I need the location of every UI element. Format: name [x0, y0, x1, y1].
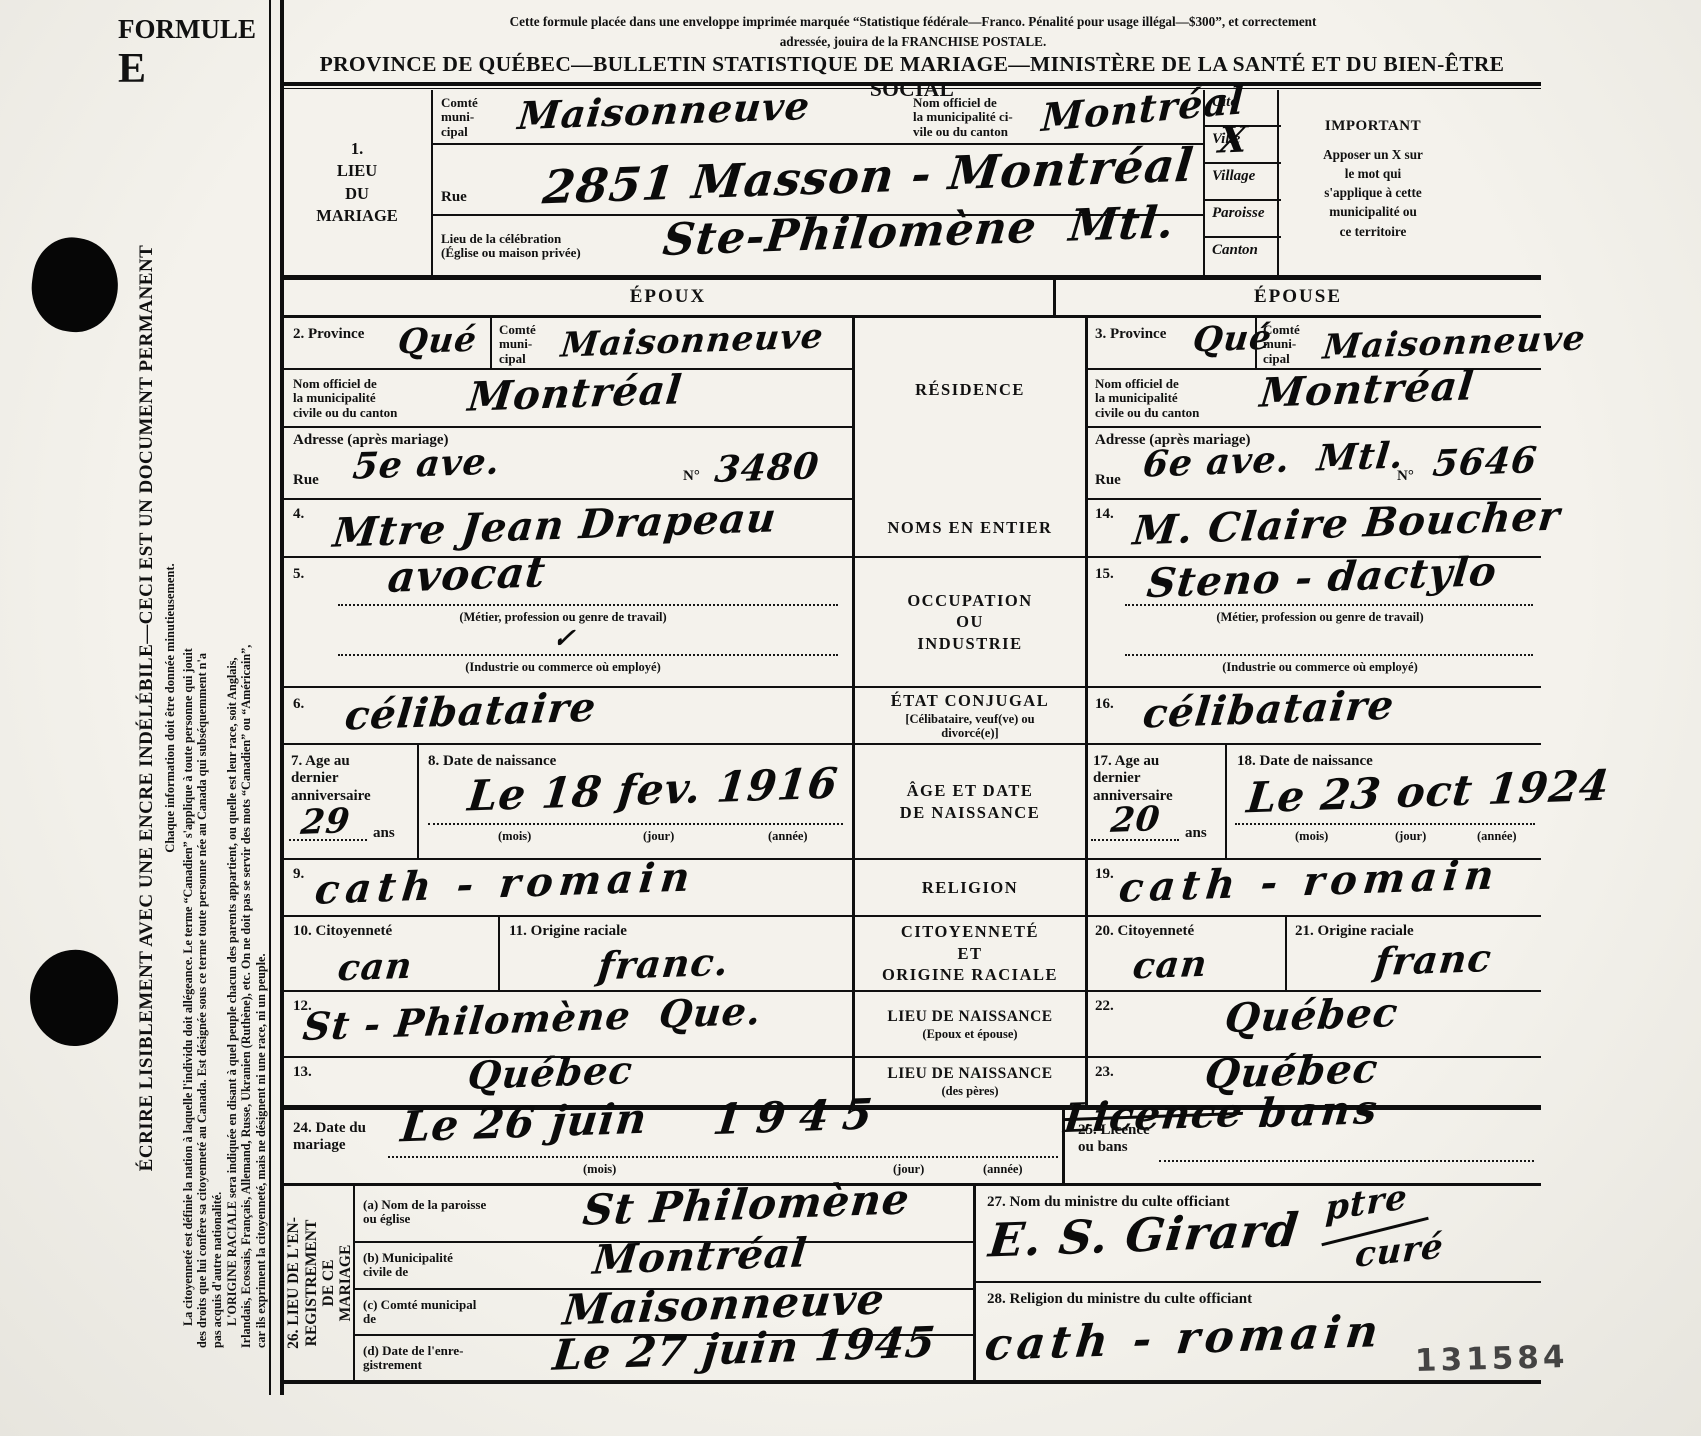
epoux-industrie-checkmark-handwritten: ✓	[552, 626, 578, 653]
epoux-rue-label: Rue	[293, 472, 319, 489]
form-body: Cette formule placée dans une enveloppe …	[283, 0, 1541, 1436]
epouse-province-value-handwritten: Qué	[1191, 321, 1274, 358]
epoux-lieu-peres-value-handwritten: Québec	[466, 1051, 635, 1095]
middle-label-age-date: ÂGE ET DATE DE NAISSANCE	[855, 745, 1085, 860]
middle-lieu-peres-title: LIEU DE NAISSANCE	[887, 1064, 1052, 1084]
form-bottom-rule	[283, 1380, 1541, 1384]
epouse-annee-caption: (année)	[1477, 829, 1517, 844]
important-body: Apposer un X sur le mot qui s'applique à…	[1283, 145, 1463, 241]
epouse-naissance-dotted-line	[1235, 823, 1535, 825]
section-enregistrement: 26. LIEU DE L'EN- REGISTREMENT DE CE MAR…	[283, 1186, 1541, 1380]
epouse-age-date-divider	[1225, 745, 1227, 860]
epouse-rue-label: Rue	[1095, 472, 1121, 489]
epoux-lieu-peres-number: 13.	[293, 1064, 312, 1081]
epouse-no-label: N°	[1397, 468, 1414, 485]
date-mariage-value-handwritten: Le 26 juin	[399, 1098, 649, 1149]
hole-punch-top	[26, 232, 124, 337]
middle-lieu-peres-subtitle: (des pères)	[941, 1084, 998, 1098]
enregistrement-row-d: (d) Date de l'enre- gistrement Le 27 jui…	[353, 1336, 973, 1380]
mariage-mois-caption: (mois)	[583, 1162, 616, 1177]
epoux-industrie-caption: (Industrie ou commerce où employé)	[383, 660, 743, 675]
epouse-no-value-handwritten: 5646	[1431, 442, 1539, 482]
row-religion: 9. cath - romain RELIGION 19. cath - rom…	[283, 860, 1541, 917]
postal-franchise-note: Cette formule placée dans une enveloppe …	[313, 12, 1513, 52]
epouse-nom-officiel-label: Nom officiel de la municipalité civile o…	[1095, 377, 1199, 420]
epoux-citoyennete-cell: 10. Citoyenneté can 11. Origine raciale …	[283, 917, 852, 992]
epoux-occupation-value-handwritten: avocat	[386, 551, 548, 599]
epoux-naissance-value-handwritten: Le 18 fev. 1916	[466, 762, 840, 817]
margin-instructions: ÉCRIRE LISIBLEMENT AVEC UNE ENCRE INDÉLÉ…	[136, 68, 258, 1348]
epouse-metier-dotted-line	[1125, 604, 1533, 606]
epoux-age-value-handwritten: 29	[299, 804, 352, 840]
epouse-citoyennete-value-handwritten: can	[1131, 946, 1209, 985]
epoux-etat-value-handwritten: célibataire	[343, 688, 598, 737]
ministre-religion-label: 28. Religion du ministre du culte offici…	[987, 1291, 1252, 1308]
middle-etat-subtitle: [Célibataire, veuf(ve) ou divorcé(e)]	[905, 712, 1034, 741]
epouse-lieu-number: 22.	[1095, 998, 1114, 1015]
ministre-nom-cell: 27. Nom du ministre du culte officiant E…	[975, 1186, 1541, 1283]
epoux-lieu-naissance-cell: 12. St - Philomène Que.	[283, 992, 852, 1058]
epoux-rue-value-handwritten: 5e ave.	[351, 443, 502, 484]
epoux-adresse-cell: Adresse (après mariage) Rue 5e ave. N° 3…	[283, 428, 852, 500]
epoux-age-dotted-line	[289, 839, 367, 841]
formule-word: FORMULE	[118, 14, 256, 44]
epoux-comte-value-handwritten: Maisonneuve	[559, 319, 825, 362]
form-outer-border	[269, 0, 271, 1395]
margin-paragraph-origin-3: car ils expriment la citoyenneté, mais n…	[254, 68, 269, 1348]
licence-struck-handwritten: Licence	[1062, 1093, 1245, 1139]
title-rule-thick	[283, 82, 1541, 86]
epouse-province-divider	[1255, 318, 1257, 370]
hole-punch-bottom	[25, 946, 123, 1051]
epoux-no-label: N°	[683, 468, 700, 485]
margin-paragraph-citizenship-3: pas acquis d'autre nationalité.	[210, 68, 225, 1348]
lieu-celebration-label: Lieu de la célébration (Église ou maison…	[441, 232, 581, 261]
territory-option-paroisse: Paroisse	[1205, 201, 1281, 238]
important-title: IMPORTANT	[1283, 118, 1463, 135]
licence-bans-cell: 25. Licence ou bans Licence bans	[1064, 1110, 1541, 1183]
epoux-province-cell: 2. Province Qué Comté muni- cipal Maison…	[283, 318, 852, 370]
epouse-lieu-value-handwritten: Québec	[1223, 993, 1400, 1039]
date-mariage-label: 24. Date du mariage	[293, 1120, 366, 1155]
epouse-noms-number: 14.	[1095, 506, 1114, 523]
middle-lieu-epoux-title: LIEU DE NAISSANCE	[887, 1007, 1052, 1027]
margin-paragraph-origin-2: Irlandais, Ecossais, Français, Allemand,…	[239, 68, 254, 1348]
epoux-noms-number: 4.	[293, 506, 304, 523]
epoux-province-value-handwritten: Qué	[396, 323, 479, 360]
epouse-citoyennete-cell: 20. Citoyenneté can 21. Origine raciale …	[1085, 917, 1541, 992]
epouse-adresse-cell: Adresse (après mariage) Rue 6e ave. Mtl.…	[1085, 428, 1541, 500]
epouse-religion-cell: 19. cath - romain	[1085, 860, 1541, 917]
middle-lieu-epoux-subtitle: (Epoux et épouse)	[922, 1027, 1017, 1041]
epouse-industrie-dotted-line	[1125, 654, 1533, 656]
row-etat-conjugal: 6. célibataire ÉTAT CONJUGAL [Célibatair…	[283, 688, 1541, 745]
epouse-origine-value-handwritten: franc	[1373, 939, 1494, 981]
middle-label-residence: RÉSIDENCE	[855, 350, 1085, 430]
registration-number-stamp: 131584	[1415, 1339, 1569, 1379]
epoux-province-label: 2. Province	[293, 326, 364, 343]
epoux-nom-officiel-label: Nom officiel de la municipalité civile o…	[293, 377, 397, 420]
epoux-naissance-dotted-line	[428, 823, 843, 825]
territory-type-box: Cité Ville Village Paroisse Canton X	[1203, 90, 1279, 275]
epouse-comte-label: Comté muni- cipal	[1263, 323, 1300, 366]
ministre-titre-ptre-handwritten: ptre	[1325, 1180, 1408, 1226]
middle-label-citoyennete: CITOYENNETÉ ET ORIGINE RACIALE	[855, 917, 1085, 992]
epouse-ans-label: ans	[1185, 825, 1207, 842]
important-box: IMPORTANT Apposer un X sur le mot qui s'…	[1283, 90, 1463, 275]
epoux-metier-dotted-line	[338, 604, 838, 606]
epoux-metier-caption: (Métier, profession ou genre de travail)	[383, 610, 743, 625]
epouse-province-label: 3. Province	[1095, 326, 1166, 343]
epoux-citoyennete-label: 10. Citoyenneté	[293, 923, 392, 940]
middle-label-lieu-epoux: LIEU DE NAISSANCE (Epoux et épouse)	[855, 992, 1085, 1058]
epoux-naissance-label: 8. Date de naissance	[428, 753, 556, 770]
epoux-age-date-divider	[417, 745, 419, 860]
middle-label-lieu-peres: LIEU DE NAISSANCE (des pères)	[855, 1058, 1085, 1105]
date-mariage-cell: 24. Date du mariage Le 26 juin 1945 (moi…	[283, 1110, 1062, 1183]
epouse-band-label: ÉPOUSE	[1055, 286, 1541, 308]
epouse-naissance-label: 18. Date de naissance	[1237, 753, 1373, 770]
epoux-origine-value-handwritten: franc.	[596, 943, 731, 986]
ministre-religion-value-handwritten: cath - romain	[983, 1310, 1385, 1368]
epouse-age-dotted-line	[1091, 839, 1179, 841]
epouse-naissance-value-handwritten: Le 23 oct 1924	[1245, 765, 1612, 820]
epoux-industrie-dotted-line	[338, 654, 838, 656]
middle-etat-title: ÉTAT CONJUGAL	[891, 690, 1049, 711]
epouse-jour-caption: (jour)	[1395, 829, 1426, 844]
epoux-origine-label: 11. Origine raciale	[509, 923, 627, 940]
epouse-comte-value-handwritten: Maisonneuve	[1321, 321, 1587, 364]
epouse-nom-officiel-cell: Nom officiel de la municipalité civile o…	[1085, 370, 1541, 428]
epoux-ans-label: ans	[373, 825, 395, 842]
epouse-mois-caption: (mois)	[1295, 829, 1328, 844]
epouse-metier-caption: (Métier, profession ou genre de travail)	[1155, 610, 1485, 625]
section1-row-comte: Comté muni- cipal Maisonneuve Nom offici…	[433, 90, 1203, 145]
paroisse-eglise-label: (a) Nom de la paroisse ou église	[363, 1198, 486, 1227]
epouse-noms-value-handwritten: M. Claire Boucher	[1131, 496, 1562, 551]
epoux-age-date-cell: 7. Age au dernier anniversaire 29 ans 8.…	[283, 745, 852, 860]
middle-label-occupation: OCCUPATION OU INDUSTRIE	[855, 558, 1085, 688]
ministre-religion-cell: 28. Religion du ministre du culte offici…	[975, 1283, 1541, 1380]
epouse-age-value-handwritten: 20	[1109, 802, 1162, 838]
ministre-nom-value-handwritten: E. S. Girard	[987, 1206, 1302, 1263]
epoux-annee-caption: (année)	[768, 829, 808, 844]
paroisse-eglise-value-handwritten: St Philomène	[581, 1178, 912, 1232]
epoux-religion-number: 9.	[293, 866, 304, 883]
epouse-occupation-number: 15.	[1095, 566, 1114, 583]
epouse-nom-officiel-value-handwritten: Montréal	[1258, 366, 1476, 414]
row-age-date-naissance: 7. Age au dernier anniversaire 29 ans 8.…	[283, 745, 1541, 860]
epoux-lieu-value-handwritten: St - Philomène Que.	[301, 992, 763, 1046]
epouse-citoyennete-divider	[1285, 917, 1287, 992]
municipalite-civile-value-handwritten: Montréal	[591, 1233, 809, 1281]
marriage-bulletin-scan: FORMULE E ÉCRIRE LISIBLEMENT AVEC UNE EN…	[0, 0, 1701, 1436]
section-lieu-du-mariage: 1. LIEU DU MARIAGE Comté muni- cipal Mai…	[283, 90, 1541, 275]
epoux-nom-officiel-value-handwritten: Montréal	[466, 370, 684, 418]
title-rule-thin	[283, 88, 1541, 89]
postal-note-line2: adressée, jouira de la FRANCHISE POSTALE…	[313, 32, 1513, 52]
epoux-jour-caption: (jour)	[643, 829, 674, 844]
row-adresse: Adresse (après mariage) Rue 5e ave. N° 3…	[283, 428, 1541, 500]
epoux-citoyennete-value-handwritten: can	[336, 948, 414, 987]
epouse-occupation-value-handwritten: Steno - dactylo	[1145, 552, 1499, 604]
epouse-rue-value-handwritten: 6e ave. Mtl.	[1141, 437, 1406, 482]
comte-municipal-value-handwritten: Maisonneuve	[516, 87, 812, 135]
section1-row-celebration: Lieu de la célébration (Église ou maison…	[433, 216, 1203, 275]
row-citoyennete-origine: 10. Citoyenneté can 11. Origine raciale …	[283, 917, 1541, 992]
row-date-mariage-licence: 24. Date du mariage Le 26 juin 1945 (moi…	[283, 1110, 1541, 1183]
rue-label: Rue	[441, 189, 467, 206]
epoux-occupation-cell: 5. avocat (Métier, profession ou genre d…	[283, 558, 852, 688]
comte-municipal-enr-label: (c) Comté municipal de	[363, 1298, 476, 1327]
middle-label-noms: NOMS EN ENTIER	[855, 500, 1085, 558]
epoux-etat-number: 6.	[293, 696, 304, 713]
epouse-industrie-caption: (Industrie ou commerce où employé)	[1155, 660, 1485, 675]
licence-dotted-line	[1159, 1160, 1534, 1162]
epoux-no-value-handwritten: 3480	[713, 448, 821, 488]
row-nom-officiel: Nom officiel de la municipalité civile o…	[283, 370, 1541, 428]
postal-note-line1: Cette formule placée dans une enveloppe …	[313, 12, 1513, 32]
epoux-nom-officiel-cell: Nom officiel de la municipalité civile o…	[283, 370, 852, 428]
territory-option-canton: Canton	[1205, 238, 1281, 275]
territory-x-mark-handwritten: X	[1217, 121, 1250, 158]
epouse-occupation-cell: 15. Steno - dactylo (Métier, profession …	[1085, 558, 1541, 688]
municipalite-civile-label: (b) Municipalité civile de	[363, 1251, 453, 1280]
epoux-religion-cell: 9. cath - romain	[283, 860, 852, 917]
bans-value-handwritten: bans	[1257, 1090, 1383, 1134]
ministre-titre-cure-handwritten: curé	[1354, 1229, 1445, 1273]
middle-label-etat: ÉTAT CONJUGAL [Célibataire, veuf(ve) ou …	[855, 688, 1085, 745]
epouse-religion-value-handwritten: cath - romain	[1117, 855, 1502, 908]
date-enregistrement-value-handwritten: Le 27 juin 1945	[551, 1321, 938, 1377]
date-mariage-year-handwritten: 1945	[711, 1093, 888, 1141]
enregistrement-side-label: 26. LIEU DE L'EN- REGISTREMENT DE CE MAR…	[289, 1186, 351, 1380]
epoux-citoyennete-divider	[498, 917, 500, 992]
epouse-citoyennete-label: 20. Citoyenneté	[1095, 923, 1194, 940]
date-enregistrement-label: (d) Date de l'enre- gistrement	[363, 1344, 463, 1373]
epoux-noms-value-handwritten: Mtre Jean Drapeau	[331, 498, 779, 554]
margin-paragraph-citizenship-2: des droits que lui confère sa citoyennet…	[195, 68, 210, 1348]
epouse-religion-number: 19.	[1095, 866, 1114, 883]
section1-label: 1. LIEU DU MARIAGE	[283, 90, 433, 275]
epouse-age-date-cell: 17. Age au dernier anniversaire 20 ans 1…	[1085, 745, 1541, 860]
spouse-band: ÉPOUX ÉPOUSE	[283, 280, 1541, 315]
comte-municipal-label: Comté muni- cipal	[441, 96, 478, 139]
date-mariage-dotted-line	[388, 1156, 1058, 1158]
epouse-etat-number: 16.	[1095, 696, 1114, 713]
epoux-religion-value-handwritten: cath - romain	[313, 857, 698, 910]
epoux-age-label: 7. Age au dernier anniversaire	[291, 753, 371, 805]
epoux-comte-label: Comté muni- cipal	[499, 323, 536, 366]
epoux-noms-cell: 4. Mtre Jean Drapeau	[283, 500, 852, 558]
epoux-etat-cell: 6. célibataire	[283, 688, 852, 745]
epouse-etat-cell: 16. célibataire	[1085, 688, 1541, 745]
margin-paragraph-origin-1: L'ORIGINE RACIALE sera indiquée en disan…	[225, 68, 240, 1348]
nom-officiel-municipalite-label: Nom officiel de la municipalité ci- vile…	[913, 96, 1013, 139]
epoux-band-label: ÉPOUX	[283, 286, 1053, 308]
mariage-annee-caption: (année)	[983, 1162, 1023, 1177]
middle-label-religion: RELIGION	[855, 860, 1085, 917]
row-occupation: 5. avocat (Métier, profession ou genre d…	[283, 558, 1541, 688]
margin-paragraph-citizenship-1: La citoyenneté est définie la nation à l…	[181, 68, 196, 1348]
territory-option-village: Village	[1205, 164, 1281, 201]
epoux-province-divider	[490, 318, 492, 370]
epoux-occupation-number: 5.	[293, 566, 304, 583]
epouse-lieu-peres-number: 23.	[1095, 1064, 1114, 1081]
epoux-mois-caption: (mois)	[498, 829, 531, 844]
epouse-age-label: 17. Age au dernier anniversaire	[1093, 753, 1173, 805]
margin-headline: ÉCRIRE LISIBLEMENT AVEC UNE ENCRE INDÉLÉ…	[136, 68, 159, 1348]
margin-note: Chaque information doit être donnée minu…	[163, 68, 178, 1348]
epouse-etat-value-handwritten: célibataire	[1141, 686, 1396, 735]
